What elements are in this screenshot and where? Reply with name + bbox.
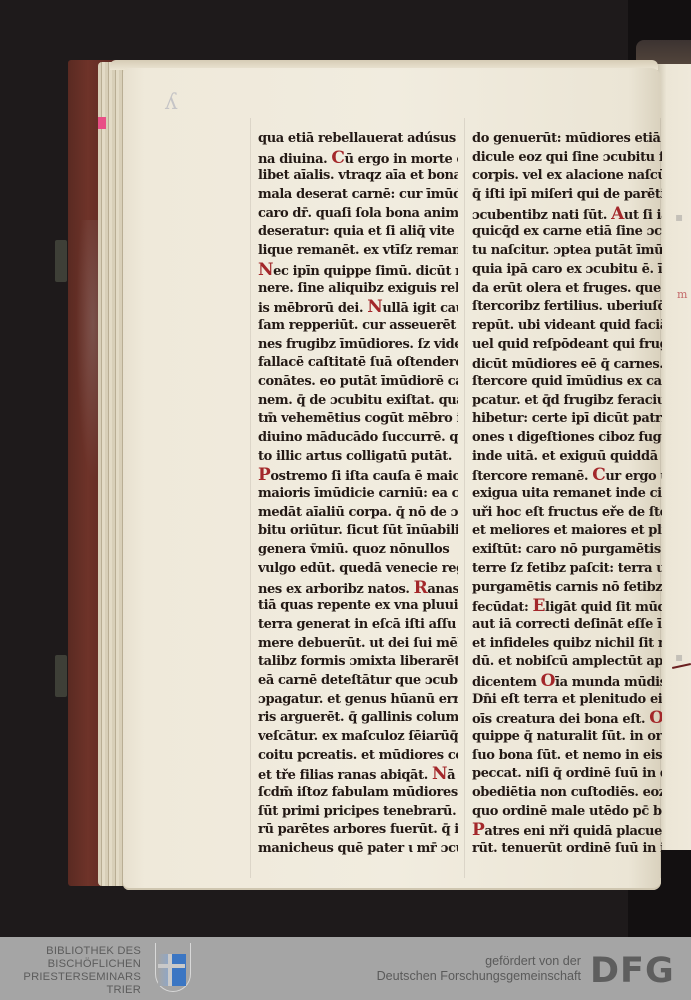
clasp-top-icon xyxy=(55,240,67,282)
manuscript-line: quo ordinē male utēdo pc̄ bat. xyxy=(472,803,662,822)
text-column-right: do genuerūt: mūdiores etiā pudicule eoz … xyxy=(472,130,662,859)
manuscript-line: medāt aīaliū corpa. q̄ nō de ɔcu xyxy=(258,504,458,523)
manuscript-line: vulgo edūt. quedā venecie regio xyxy=(258,560,458,579)
manuscript-line: da erūt olera et fruges. que de xyxy=(472,280,662,299)
manuscript-line: Dn̄i eſt terra et plenitudo eius. xyxy=(472,691,662,710)
manuscript-line: talibz formis ɔmixta liberarēt. ſi xyxy=(258,653,458,672)
manuscript-line: quippe q̄ naturalit ſūt. in ordīe xyxy=(472,728,662,747)
rubricated-initial: A xyxy=(611,205,624,224)
library-name-line3: PRIESTERSEMINARS TRIER xyxy=(0,971,141,997)
manuscript-line: fecūdat: Eligāt quid ſit mūdius xyxy=(472,597,662,616)
bleed-through: ▪ xyxy=(675,210,683,224)
manuscript-line: dicule eoz qui ſine ɔcubitu ſudore xyxy=(472,149,662,168)
manuscript-line: ones ɩ digeſtiones ciboz fugere xyxy=(472,429,662,448)
manuscript-line: tiā quas repente ex vna pluuia xyxy=(258,597,458,616)
rubricated-initial: C xyxy=(331,149,344,168)
manuscript-line: nes ex arboribz natos. Ranas e xyxy=(258,579,458,598)
bookmark-tab xyxy=(98,117,106,129)
manuscript-line: exigua uita remanet inde cibi xyxy=(472,485,662,504)
dfg-logo-icon: DFG xyxy=(590,954,675,988)
manuscript-line: q̄ iſti ipī miſeri qui de parētibz xyxy=(472,186,662,205)
manuscript-line: dū. et nobiſcū amplectūt aplm̄ xyxy=(472,653,662,672)
manuscript-line: ſtercore remanē. Cur ergo ubi xyxy=(472,466,662,485)
ruling-line xyxy=(250,118,251,878)
manuscript-line: ris arguerēt. q̄ gallinis columbiſq̄z xyxy=(258,709,458,728)
manuscript-line: deseratur: quia et ſi aliq̄ vite re xyxy=(258,223,458,242)
manuscript-line: caro dr̄. quaſi ſola bona anima xyxy=(258,205,458,224)
manuscript-line: corpis. vel ex alacione naſcūtur: xyxy=(472,167,662,186)
funding-text: gefördert von der Deutschen Forschungsge… xyxy=(377,954,581,984)
manuscript-line: is mēbrorū dei. Nullā igit cau xyxy=(258,298,458,317)
rubricated-initial: O xyxy=(649,709,662,728)
manuscript-line: Nec ipīn quippe ſimū. dicūt rema xyxy=(258,261,458,280)
manuscript-line: rū parētes arbores fuerūt. q̄ ipē xyxy=(258,821,458,840)
manuscript-line: terre ſz fetibz paſcit: terra uero xyxy=(472,560,662,579)
manuscript-line: nem. q̄ de ɔcubitu exiſtat. quaſi nō tāt… xyxy=(258,392,458,411)
manuscript-line: rūt. tenuerūt ordinē ſuū in ipā xyxy=(472,840,662,859)
library-name-line1: BIBLIOTHEK DES xyxy=(0,945,141,958)
funding-line2: Deutschen Forschungsgemeinschaft xyxy=(377,969,581,984)
manuscript-line: manicheus quē pater ɩ mr̄ ɔcubē xyxy=(258,840,458,859)
manuscript-line: exiſtūt: caro nō purgamētis xyxy=(472,541,662,560)
manuscript-line: pcatur. et q̄d frugibz feracius ad xyxy=(472,392,662,411)
manuscript-line: nes frugibz īmūdiores. ſz videlicz xyxy=(258,336,458,355)
manuscript-line: ſam repperiūt. cur asseuerēt car xyxy=(258,317,458,336)
manuscript-line: ſtercoribz fertilius. uberiuſq̄z ſur xyxy=(472,298,662,317)
manuscript-line: veſcātur. ex maſculoz ſēiarūq̄ xyxy=(258,728,458,747)
manuscript-line: fallacē caſtitatē ſuā oſtendere xyxy=(258,354,458,373)
manuscript-line: repūt. ubi videant quid faciāt xyxy=(472,317,662,336)
manuscript-line: et infideles quibz nichil ſit mū xyxy=(472,635,662,654)
manuscript-line: quicq̄d ex carne etiā ſine ɔcubi xyxy=(472,223,662,242)
manuscript-line: bitu oriūtur. ſicut ſūt īnūabilia xyxy=(258,522,458,541)
manuscript-line: uři hoc eſt fructus eře de ſtercoē xyxy=(472,504,662,523)
manuscript-line: quia ipā caro ex ɔcubitu ē. īmū xyxy=(472,261,662,280)
manuscript-line: lique remanēt. ex vtīſz remanēt. xyxy=(258,242,458,261)
cross-shield-logo-icon xyxy=(155,943,191,993)
manuscript-line: Postremo ſi iſta cauſa ē maioris xyxy=(258,466,458,485)
manuscript-line: oīs creatura dei bona eſt. Oīa xyxy=(472,709,662,728)
library-name-line2: BISCHÖFLICHEN xyxy=(0,958,141,971)
manuscript-line: qua etiā rebellauerat adúsus reg xyxy=(258,130,458,149)
rubricated-initial: N xyxy=(258,261,273,280)
manuscript-line: dicūt mūdiores eē q̄ carnes. Nā xyxy=(472,354,662,373)
rubricated-initial: P xyxy=(258,466,270,485)
manuscript-line: et tře filias ranas abiqāt. Nā xyxy=(258,765,458,784)
manuscript-line: peccat. niſi q̄ ordinē ſuū in dei xyxy=(472,765,662,784)
manuscript-line: do genuerūt: mūdiores etiā pu xyxy=(472,130,662,149)
manuscript-line: na diuina. Cū ergo in morte cuiuſ xyxy=(258,149,458,168)
manuscript-line: to illic artus colligatū putāt. xyxy=(258,448,458,467)
manuscript-line: purgamētis carnis nō fetibz xyxy=(472,579,662,598)
manuscript-line: ɔcubentibz nati ſūt. Aut ſi iam xyxy=(472,205,662,224)
manuscript-line: ſūt primi pricipes tenebrarū. q° xyxy=(258,803,458,822)
manuscript-line: hibetur: certe ipī dicūt patria xyxy=(472,410,662,429)
library-name: BIBLIOTHEK DES BISCHÖFLICHEN PRIESTERSEM… xyxy=(0,945,141,997)
manuscript-line: mala deserat carnē: cur īmūda xyxy=(258,186,458,205)
funding-line1: gefördert von der xyxy=(377,954,581,969)
rubricated-initial: N xyxy=(367,298,382,317)
manuscript-line: ſuo bona ſūt. et nemo in eis xyxy=(472,747,662,766)
manuscript-line: tm̄ vehemētius cogūt mēbro illi xyxy=(258,410,458,429)
manuscript-line: Patres eni nři quidā placue xyxy=(472,821,662,840)
bleed-through-mark: ʎ xyxy=(165,90,195,118)
manuscript-line: conātes. eo putāt īmūdiorē car xyxy=(258,373,458,392)
manuscript-line: tu naſcitur. ɔptea putāt īmūdū. xyxy=(472,242,662,261)
manuscript-line: dicentem Oīa munda mūdis. xyxy=(472,672,662,691)
rubricated-initial: P xyxy=(472,821,484,840)
manuscript-line: genera v̄miū. quoz nōnullos xyxy=(258,541,458,560)
rubricated-initial: N xyxy=(432,765,447,784)
manuscript-line: inde uitā. et exiguū quiddā in xyxy=(472,448,662,467)
rubricated-initial: C xyxy=(592,466,605,485)
bleed-through: ▪ xyxy=(675,650,683,664)
manuscript-line: coitu pcreatis. et mūdiores celi xyxy=(258,747,458,766)
clasp-bottom-icon xyxy=(55,655,67,697)
facing-page-rubric: m xyxy=(677,288,691,302)
rubricated-initial: E xyxy=(532,597,545,616)
manuscript-line: aut iā correcti deſināt eſſe īmūdi xyxy=(472,616,662,635)
manuscript-line: nere. ſine aliquibz exiguis reliq̄ xyxy=(258,280,458,299)
manuscript-line: diuino māducādo ſuccurrē. quā xyxy=(258,429,458,448)
manuscript-line: ſcdm̄ iſtoz fabulam mūdiores xyxy=(258,784,458,803)
rubricated-initial: R xyxy=(414,579,428,598)
manuscript-line: mere debuerūt. ut dei ſui mēb xyxy=(258,635,458,654)
manuscript-line: ɔpagatur. et genus hūanū erro xyxy=(258,691,458,710)
manuscript-line: libet aīalis. vtraqz aīa et bona et xyxy=(258,167,458,186)
manuscript-line: et meliores et maiores et plures xyxy=(472,522,662,541)
ruling-line xyxy=(464,118,465,878)
manuscript-line: obediētia non cuſtodiēs. eoz q̄ſq̄ xyxy=(472,784,662,803)
manuscript-line: ſtercore quid īmūdius ex carne xyxy=(472,373,662,392)
rubricated-initial: O xyxy=(541,672,555,691)
manuscript-scan: m ▪ ▪ ʎ qua etiā rebellauerat adúsus reg… xyxy=(0,0,691,937)
manuscript-line: uel quid reſpōdeant qui fruges xyxy=(472,336,662,355)
manuscript-line: eā carnē deteſtātur que ɔcubitu xyxy=(258,672,458,691)
footer-banner: BIBLIOTHEK DES BISCHÖFLICHEN PRIESTERSEM… xyxy=(0,937,691,1000)
manuscript-line: terra generat in eſcā iſti aſſu xyxy=(258,616,458,635)
manuscript-line: maioris īmūdicie carniū: ea co xyxy=(258,485,458,504)
text-column-left: qua etiā rebellauerat adúsus regna diuin… xyxy=(258,130,458,859)
